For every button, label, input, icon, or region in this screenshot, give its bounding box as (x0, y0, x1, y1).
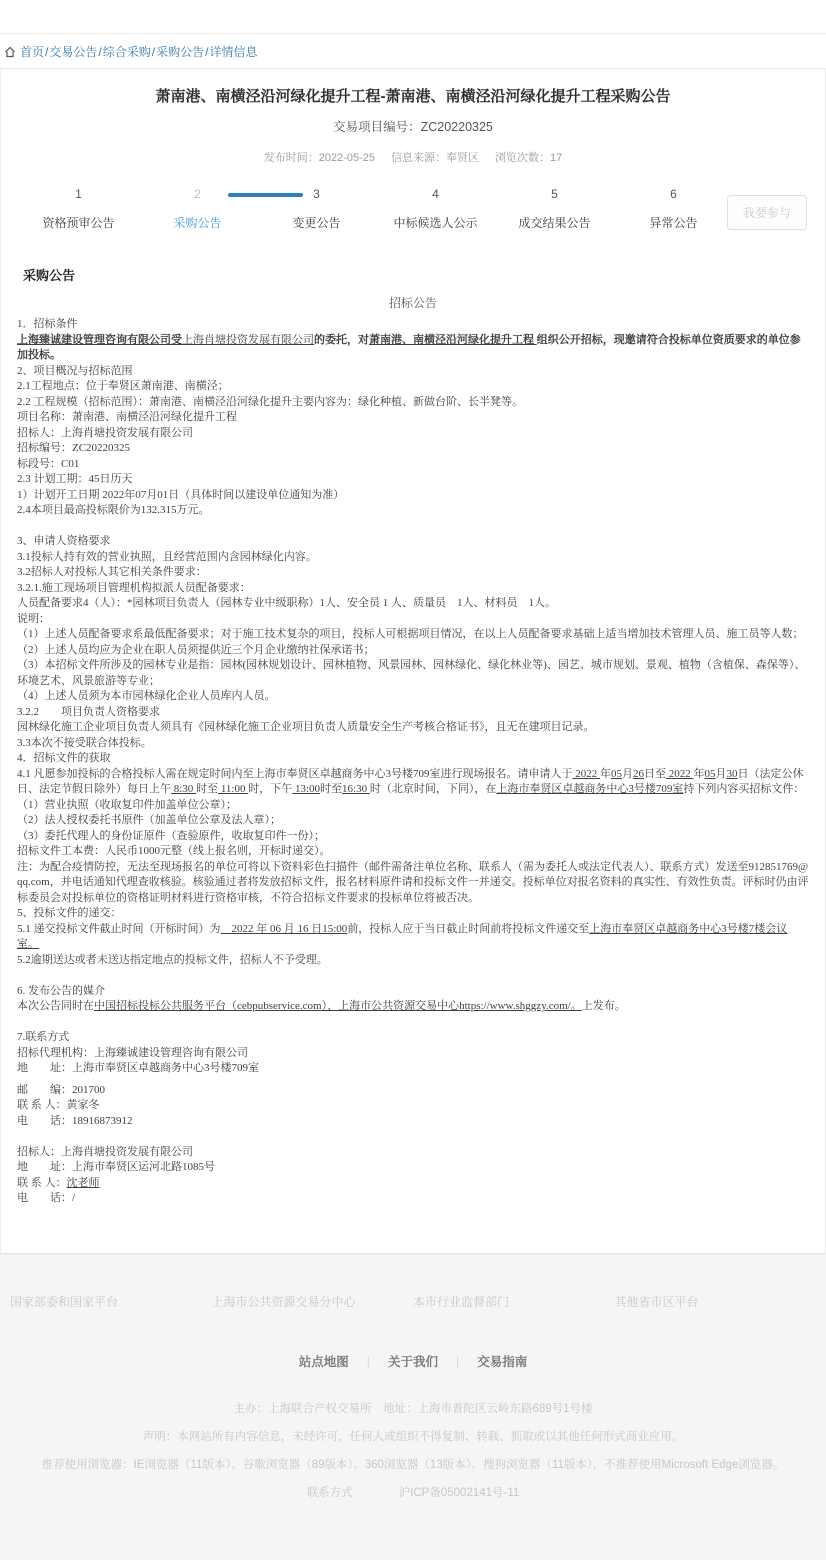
stepper: 1资格预审公告2采购公告3变更公告4中标候选人公示5成交结果公告6异常公告 我要… (1, 187, 825, 249)
tab-purchase-announcement[interactable]: 采购公告 (23, 265, 825, 284)
body-text: 时至 (320, 783, 342, 795)
body-text: 7.联系方式 (17, 1031, 69, 1043)
step-number: 1 (19, 187, 138, 201)
doc-title: 招标公告 (1, 294, 825, 311)
body-paragraph: 4．招标文件的获取 (17, 751, 809, 767)
body-link-text: 11:00 (218, 783, 248, 795)
body-paragraph: 1．招标条件 (17, 317, 809, 333)
body-paragraph (17, 1129, 809, 1145)
steps: 1资格预审公告2采购公告3变更公告4中标候选人公示5成交结果公告6异常公告 (19, 187, 733, 231)
body-paragraph: 招标代理机构：上海臻诚建设管理咨询有限公司 (17, 1046, 809, 1062)
footer-nav-divider: | (456, 1355, 459, 1369)
body-paragraph: 地 址：上海市奉贤区运河北路1085号 (17, 1160, 809, 1176)
body-text: 6. 发布公告的媒介 (17, 985, 105, 997)
announcement-body: 1．招标条件上海臻诚建设管理咨询有限公司受上海肖塘投资发展有限公司的委托，对萧南… (1, 311, 825, 1207)
step-label[interactable]: 资格预审公告 (19, 214, 138, 231)
body-paragraph: （1）营业执照（收取复印件加盖单位公章）； (17, 798, 809, 814)
body-text: 2.4本项目最高投标限价为132.315万元。 (17, 504, 210, 516)
body-paragraph: 2.3 计划工期：45日历天 (17, 472, 809, 488)
body-paragraph: 注：为配合疫情防控，无法至现场报名的单位可将以下资料彩色扫描件（邮件需备注单位名… (17, 860, 809, 907)
body-paragraph (17, 1015, 809, 1031)
body-text: 标段号：C01 (17, 458, 79, 470)
meta-row: 发布时间：2022-05-25信息来源：奉贤区浏览次数：17 (1, 149, 825, 165)
body-text: 4.1 凡愿参加投标的合格投标人需在规定时间内至上海市奉贤区卓越商务中心3号楼7… (17, 768, 573, 780)
body-link-text: 05 (705, 768, 716, 780)
body-paragraph: 联 系 人：沈老师 (17, 1176, 809, 1192)
step-1: 1资格预审公告 (19, 187, 138, 231)
body-text: 3、申请人资格要求 (17, 535, 111, 547)
body-paragraph: 地 址：上海市奉贤区卓越商务中心3号楼709室 (17, 1061, 809, 1077)
body-link-text: 2022 (666, 768, 694, 780)
footer-browsers: 推荐使用浏览器：IE浏览器（11版本）、谷歌浏览器（89版本）、360浏览器（1… (0, 1456, 826, 1472)
body-link-text: 上海臻诚建设管理咨询有限公司受 (17, 334, 182, 346)
page-footer: 国家部委和国家平台上海市公共资源交易分中心本市行业监督部门其他省市区平台 站点地… (0, 1254, 826, 1560)
body-text: （4）上述人员须为本市园林绿化企业人员库内人员。 (17, 690, 276, 702)
body-text: 3.3本次不接受联合体投标。 (17, 737, 152, 749)
step-6: 6异常公告 (614, 187, 733, 231)
body-text: 招标人：上海肖塘投资发展有限公司 (17, 427, 193, 439)
body-link-text: 中国招标投标公共服务平台（cebpubservice.com）、上海市公共资源交… (94, 1000, 582, 1012)
body-paragraph: 3.2招标人对投标人其它相关条件要求： (17, 565, 809, 581)
body-text: 前，投标人应于当日截止时间前将投标文件递交至 (347, 923, 589, 935)
breadcrumb-item[interactable]: 详情信息 (209, 45, 257, 59)
body-paragraph: 招标人：上海肖塘投资发展有限公司 (17, 1145, 809, 1161)
body-text: （2）法人授权委托书原件（加盖单位公章及法人章）； (17, 814, 281, 826)
body-link-text: 2022 年 06 月 16 日15:00 (221, 923, 348, 935)
body-text: 时，下午 (248, 783, 292, 795)
footer-nav-link[interactable]: 关于我们 (388, 1355, 438, 1369)
body-text: 1．招标条件 (17, 318, 78, 330)
body-text: 4．招标文件的获取 (17, 752, 111, 764)
body-text: 2.2 工程规模（招标范围）：萧南港、南横泾沿河绿化提升主要内容为：绿化种植、新… (17, 396, 523, 408)
body-paragraph: （4）上述人员须为本市园林绿化企业人员库内人员。 (17, 689, 809, 705)
step-label[interactable]: 采购公告 (138, 214, 257, 231)
body-paragraph: 3.2.1.施工现场项目管理机构拟派人员配备要求： (17, 581, 809, 597)
body-text: 项目名称：萧南港、南横泾沿河绿化提升工程 (17, 411, 237, 423)
body-text: 地 址：上海市奉贤区卓越商务中心3号楼709室 (17, 1062, 259, 1074)
breadcrumb-item[interactable]: 采购公告 (156, 45, 204, 59)
body-text: 招标代理机构：上海臻诚建设管理咨询有限公司 (17, 1047, 248, 1059)
body-text: 人员配备要求4（人）：*园林项目负责人（园林专业中级职称）1人、安全员 1 人、… (17, 597, 556, 609)
body-text: 年 (694, 768, 705, 780)
breadcrumb-separator: / (98, 45, 101, 59)
body-paragraph: 2.2 工程规模（招标范围）：萧南港、南横泾沿河绿化提升主要内容为：绿化种植、新… (17, 395, 809, 411)
body-paragraph: 1）计划开工日期 2022年07月01日（具体时间以建设单位通知为准） (17, 488, 809, 504)
body-paragraph: 4.1 凡愿参加投标的合格投标人需在规定时间内至上海市奉贤区卓越商务中心3号楼7… (17, 767, 809, 798)
body-paragraph: 5、投标文件的递交： (17, 906, 809, 922)
body-link-text: 8:30 (171, 783, 196, 795)
body-text: 招标编号：ZC20220325 (17, 442, 130, 454)
body-text: 2.1工程地点：位于奉贤区萧南港、南横泾； (17, 380, 229, 392)
footer-nav-link[interactable]: 交易指南 (477, 1355, 527, 1369)
body-paragraph: 人员配备要求4（人）：*园林项目负责人（园林专业中级职称）1人、安全员 1 人、… (17, 596, 809, 612)
step-label[interactable]: 成交结果公告 (495, 214, 614, 231)
body-text: 日至 (644, 768, 666, 780)
footer-contact-link[interactable]: 联系方式 (307, 1484, 353, 1500)
body-text: 的委托，对 (314, 334, 369, 346)
body-link-text: 26 (633, 768, 644, 780)
body-paragraph: 2.1工程地点：位于奉贤区萧南港、南横泾； (17, 379, 809, 395)
body-paragraph: 电 话：18916873912 (17, 1114, 809, 1130)
body-paragraph: 上海臻诚建设管理咨询有限公司受上海肖塘投资发展有限公司的委托，对萧南港、南横泾沿… (17, 333, 809, 364)
body-text: 5、投标文件的递交： (17, 907, 122, 919)
body-text: 2、项目概况与招标范围 (17, 365, 133, 377)
body-text: （2）上述人员均应为企业在职人员须提供近三个月企业缴纳社保承诺书； (17, 644, 375, 656)
body-paragraph: 7.联系方式 (17, 1030, 809, 1046)
meta-item: 信息来源：奉贤区 (391, 152, 479, 164)
icp-number[interactable]: 沪ICP备05002141号-11 (399, 1484, 520, 1500)
body-paragraph: （1）上述人员配备要求系最低配备要求；对于施工技术复杂的项目，投标人可根据项目情… (17, 627, 809, 643)
body-paragraph: 3.2.2 项目负责人资格要求 (17, 705, 809, 721)
page-title: 萧南港、南横泾沿河绿化提升工程-萧南港、南横泾沿河绿化提升工程采购公告 (31, 85, 795, 106)
breadcrumb-item[interactable]: 首页 (20, 45, 44, 59)
body-text: 电 话：/ (17, 1192, 75, 1204)
body-paragraph: 5.1 递交投标文件截止时间（开标时间）为 2022 年 06 月 16 日15… (17, 922, 809, 953)
step-number: 4 (376, 187, 495, 201)
body-paragraph: （3）委托代理人的身份证原件（查验原件，收取复印件一份）； (17, 829, 809, 845)
body-paragraph: 招标编号：ZC20220325 (17, 441, 809, 457)
body-paragraph: 2、项目概况与招标范围 (17, 364, 809, 380)
body-text: 3.2.1.施工现场项目管理机构拟派人员配备要求： (17, 582, 251, 594)
project-number-value: ZC20220325 (421, 120, 493, 134)
body-text: 联 系 人： (17, 1177, 67, 1189)
footer-icp-row: 联系方式 沪ICP备05002141号-11 (0, 1484, 826, 1500)
breadcrumb-item[interactable]: 综合采购 (103, 45, 151, 59)
breadcrumb: 首页/交易公告/综合采购/采购公告/详情信息 (0, 34, 826, 68)
body-text: 时至 (196, 783, 218, 795)
step-4: 4中标候选人公示 (376, 187, 495, 231)
step-5: 5成交结果公告 (495, 187, 614, 231)
body-text: 地 址：上海市奉贤区运河北路1085号 (17, 1161, 215, 1173)
body-text: 电 话：18916873912 (17, 1115, 133, 1127)
body-text: 年 (600, 768, 611, 780)
footer-nav-divider: | (367, 1355, 370, 1369)
footer-nav: 站点地图|关于我们|交易指南 (0, 1352, 826, 1370)
body-paragraph: 3.3本次不接受联合体投标。 (17, 736, 809, 752)
footer-host: 主办：上海联合产权交易所 地址：上海市普陀区云岭东路689号1号楼 (0, 1400, 826, 1416)
body-link-text: 上海肖塘投资发展有限公司 (182, 334, 314, 346)
project-number-label: 交易项目编号： (333, 120, 421, 134)
body-text: 2.3 计划工期：45日历天 (17, 473, 133, 485)
body-text: 3.1投标人持有效的营业执照，且经营范围内含园林绿化内容。 (17, 551, 317, 563)
body-paragraph: 6. 发布公告的媒介 (17, 984, 809, 1000)
step-label[interactable]: 中标候选人公示 (376, 214, 495, 231)
body-text: 月 (622, 768, 633, 780)
step-connector (228, 193, 303, 197)
body-paragraph: 招标人：上海肖塘投资发展有限公司 (17, 426, 809, 442)
body-paragraph: 3.1投标人持有效的营业执照，且经营范围内含园林绿化内容。 (17, 550, 809, 566)
footer-nav-link[interactable]: 站点地图 (299, 1355, 349, 1369)
body-text: 本次公告同时在 (17, 1000, 94, 1012)
announcement-card: 萧南港、南横泾沿河绿化提升工程-萧南港、南横泾沿河绿化提升工程采购公告 交易项目… (0, 68, 826, 1254)
footer-platform-link[interactable]: 国家部委和国家平台 (10, 1293, 212, 1310)
meta-item: 发布时间：2022-05-25 (264, 152, 375, 164)
body-paragraph: 项目名称：萧南港、南横泾沿河绿化提升工程 (17, 410, 809, 426)
body-text: 时（北京时间，下同），在 (370, 783, 497, 795)
body-text: 说明： (17, 613, 50, 625)
top-bar (0, 0, 826, 34)
body-text: 上发布。 (582, 1000, 626, 1012)
body-link-text: 16:30 (342, 783, 370, 795)
body-link-text: 2022 (573, 768, 601, 780)
body-text: 邮 编：201700 (17, 1084, 105, 1096)
body-text: （1）上述人员配备要求系最低配备要求；对于施工技术复杂的项目，投标人可根据项目情… (17, 628, 804, 640)
body-link-text: 05 (611, 768, 622, 780)
body-paragraph: 标段号：C01 (17, 457, 809, 473)
body-paragraph: 邮 编：201700 (17, 1083, 809, 1099)
participate-button[interactable]: 我要参与 (727, 195, 807, 230)
body-text: （3）委托代理人的身份证原件（查验原件，收取复印件一份）； (17, 830, 325, 842)
breadcrumb-links: 首页/交易公告/综合采购/采购公告/详情信息 (20, 43, 257, 60)
step-number: 6 (614, 187, 733, 201)
body-paragraph: 本次公告同时在中国招标投标公共服务平台（cebpubservice.com）、上… (17, 999, 809, 1015)
breadcrumb-separator: / (45, 45, 48, 59)
body-paragraph: （3）本招标文件所涉及的园林专业是指：园林(园林规划设计、园林植物、风景园林、园… (17, 658, 809, 689)
body-paragraph: 5.2逾期送达或者未送达指定地点的投标文件，招标人不予受理。 (17, 953, 809, 969)
body-text: 招标人：上海肖塘投资发展有限公司 (17, 1146, 193, 1158)
step-label[interactable]: 异常公告 (614, 214, 733, 231)
body-paragraph: （2）上述人员均应为企业在职人员须提供近三个月企业缴纳社保承诺书； (17, 643, 809, 659)
body-text: 3.2.2 项目负责人资格要求 (17, 706, 160, 718)
footer-platform-link[interactable]: 其他省市区平台 (615, 1293, 817, 1310)
body-paragraph: 2.4本项目最高投标限价为132.315万元。 (17, 503, 809, 519)
body-paragraph: 联 系 人：黄家冬 (17, 1098, 809, 1114)
breadcrumb-separator: / (152, 45, 155, 59)
body-text: 5.1 递交投标文件截止时间（开标时间）为 (17, 923, 221, 935)
body-text: 5.2逾期送达或者未送达指定地点的投标文件，招标人不予受理。 (17, 954, 328, 966)
body-text: （1）营业执照（收取复印件加盖单位公章）； (17, 799, 237, 811)
footer-platforms: 国家部委和国家平台上海市公共资源交易分中心本市行业监督部门其他省市区平台 (0, 1293, 826, 1310)
breadcrumb-item[interactable]: 交易公告 (49, 45, 97, 59)
body-text: 注：为配合疫情防控，无法至现场报名的单位可将以下资料彩色扫描件（邮件需备注单位名… (17, 861, 809, 904)
footer-statement: 声明：本网站所有内容信息，未经许可，任何人或组织不得复制、转载、抓取或以其他任何… (0, 1428, 826, 1444)
breadcrumb-separator: / (205, 45, 208, 59)
footer-platform-link[interactable]: 上海市公共资源交易分中心 (212, 1293, 414, 1310)
body-paragraph (17, 968, 809, 984)
body-link-text: 30 (727, 768, 738, 780)
meta-item: 浏览次数：17 (495, 152, 562, 164)
body-paragraph (17, 519, 809, 535)
body-text: 3.2招标人对投标人其它相关条件要求： (17, 566, 207, 578)
body-text: 联 系 人：黄家冬 (17, 1099, 100, 1111)
project-number: 交易项目编号：ZC20220325 (1, 117, 825, 135)
body-link-text: 上海市奉贤区卓越商务中心3号楼709室 (496, 783, 683, 795)
body-text: 招标文件工本费：人民币1000元整（线上报名则，开标时递交）。 (17, 845, 331, 857)
body-text: （3）本招标文件所涉及的园林专业是指：园林(园林规划设计、园林植物、风景园林、园… (17, 659, 805, 687)
body-paragraph: 3、申请人资格要求 (17, 534, 809, 550)
body-paragraph: 招标文件工本费：人民币1000元整（线上报名则，开标时递交）。 (17, 844, 809, 860)
body-text: 持下列内容买招标文件： (683, 783, 804, 795)
body-text: 1）计划开工日期 2022年07月01日（具体时间以建设单位通知为准） (17, 489, 344, 501)
step-number: 5 (495, 187, 614, 201)
body-text: 园林绿化施工企业项目负责人须具有《园林绿化施工企业项目负责人质量安全生产考核合格… (17, 721, 595, 733)
body-paragraph: （2）法人授权委托书原件（加盖单位公章及法人章）； (17, 813, 809, 829)
body-link-text: 沈老师 (67, 1177, 100, 1189)
body-link-text: 萧南港、南横泾沿河绿化提升工程 (369, 334, 537, 346)
body-paragraph: 电 话：/ (17, 1191, 809, 1207)
step-label[interactable]: 变更公告 (257, 214, 376, 231)
body-link-text: 13:00 (292, 783, 320, 795)
body-text: 月 (716, 768, 727, 780)
body-paragraph: 园林绿化施工企业项目负责人须具有《园林绿化施工企业项目负责人质量安全生产考核合格… (17, 720, 809, 736)
body-paragraph: 说明： (17, 612, 809, 628)
footer-platform-link[interactable]: 本市行业监督部门 (413, 1293, 615, 1310)
home-icon[interactable] (4, 46, 16, 58)
